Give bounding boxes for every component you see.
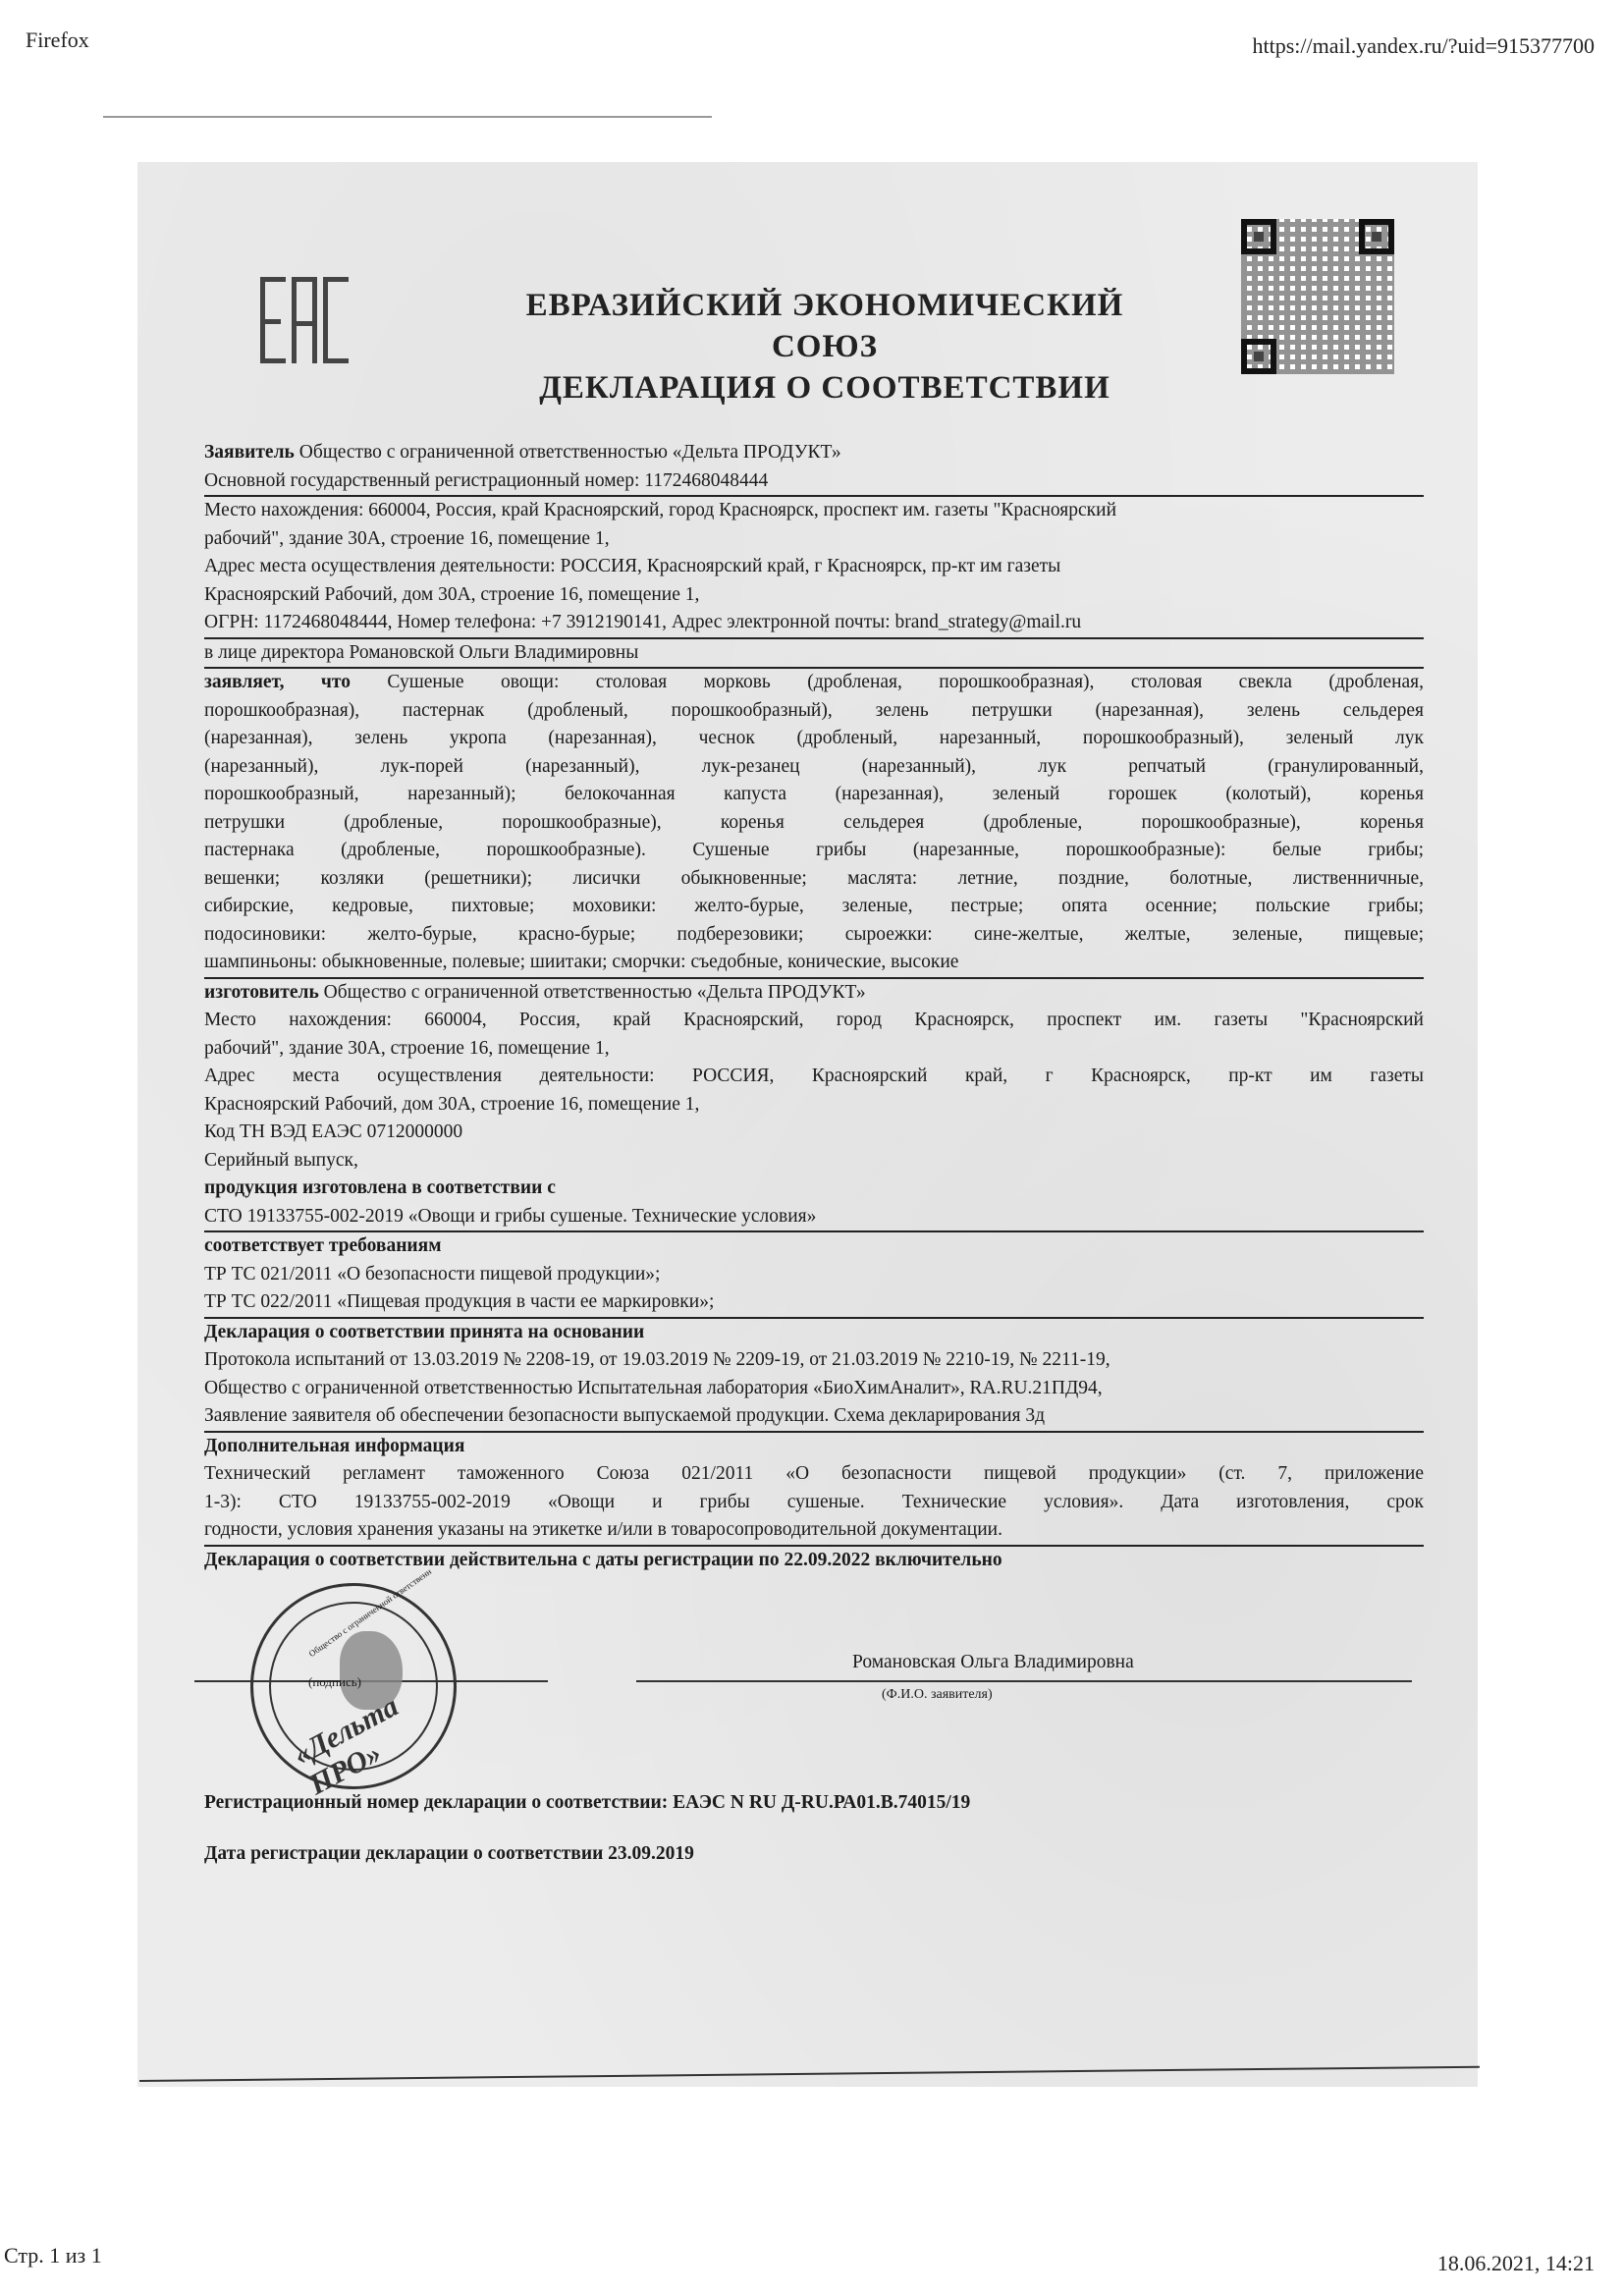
qr-finder-top-right — [1359, 219, 1394, 254]
applicant-ogrn: Основной государственный регистрационный… — [204, 467, 1424, 498]
title-line-1: ЕВРАЗИЙСКИЙ ЭКОНОМИЧЕСКИЙ — [471, 285, 1178, 326]
manufacturer-label: изготовитель — [204, 982, 319, 1003]
signatory-caption: (Ф.И.О. заявителя) — [882, 1687, 993, 1703]
complies-item-1: ТР ТС 021/2011 «О безопасности пищевой п… — [204, 1261, 1424, 1289]
produced-per-label: продукция изготовлена в соответствии с — [204, 1175, 1424, 1203]
declares-line-11: шампиньоны: обыкновенные, полевые; шиита… — [204, 949, 1424, 979]
print-header-browser: Firefox — [26, 27, 89, 53]
declares-line-7: пастернака (дробленые, порошкообразные).… — [204, 837, 1424, 865]
eac-logo — [260, 277, 356, 365]
title-line-2: СОЮЗ — [471, 326, 1178, 367]
manufacturer-activity-1: Адрес места осуществления деятельности: … — [204, 1063, 1424, 1091]
additional-label: Дополнительная информация — [204, 1433, 1424, 1461]
signatory-name: Романовская Ольга Владимировна — [852, 1652, 1134, 1673]
basis-line-3: Заявление заявителя об обеспечении безоп… — [204, 1402, 1424, 1433]
basis-line-1: Протокола испытаний от 13.03.2019 № 2208… — [204, 1346, 1424, 1375]
additional-line-1: Технический регламент таможенного Союза … — [204, 1460, 1424, 1489]
declares-line-2: порошкообразная), пастернак (дробленый, … — [204, 697, 1424, 726]
declaration-body: Заявитель Общество с ограниченной ответс… — [204, 439, 1424, 1574]
additional-line-2: 1-3): СТО 19133755-002-2019 «Овощи и гри… — [204, 1489, 1424, 1517]
additional-line-3: годности, условия хранения указаны на эт… — [204, 1516, 1424, 1547]
company-stamp: Общество с ограниченной ответственностью… — [250, 1583, 457, 1789]
applicant-label: Заявитель — [204, 442, 295, 463]
title-line-3: ДЕКЛАРАЦИЯ О СООТВЕТСТВИИ — [471, 367, 1178, 409]
registration-date: Дата регистрации декларации о соответств… — [204, 1829, 970, 1880]
manufacturer-address-2: рабочий", здание 30А, строение 16, помещ… — [204, 1035, 1424, 1064]
registration-number: Регистрационный номер декларации о соотв… — [204, 1777, 970, 1829]
declares-line-10: подосиновики: желто-бурые, красно-бурые;… — [204, 921, 1424, 950]
qr-finder-bottom-left — [1241, 339, 1276, 374]
applicant-address-1: Место нахождения: 660004, Россия, край К… — [204, 497, 1424, 525]
print-header-url: https://mail.yandex.ru/?uid=915377700 — [1253, 33, 1595, 59]
produced-per-standard: СТО 19133755-002-2019 «Овощи и грибы суш… — [204, 1203, 1424, 1233]
applicant-activity-2: Красноярский Рабочий, дом 30А, строение … — [204, 581, 1424, 610]
tn-ved-code: Код ТН ВЭД ЕАЭС 0712000000 — [204, 1119, 1424, 1147]
manufacturer-line: изготовитель Общество с ограниченной отв… — [204, 979, 1424, 1008]
sign-caption: (подпись) — [308, 1674, 361, 1690]
qr-finder-top-left — [1241, 219, 1276, 254]
declares-line-4: (нарезанный), лук-порей (нарезанный), лу… — [204, 753, 1424, 782]
applicant-name: Общество с ограниченной ответственностью… — [299, 442, 841, 463]
declares-line-9: сибирские, кедровые, пихтовые; моховики:… — [204, 893, 1424, 921]
declares-line-5: порошкообразный, нарезанный); белокочанн… — [204, 781, 1424, 809]
declares-line-1: заявляет, что Сушеные овощи: столовая мо… — [204, 669, 1424, 697]
applicant-activity-1: Адрес места осуществления деятельности: … — [204, 553, 1424, 581]
eac-letter-a — [292, 277, 317, 363]
declares-line-3: (нарезанная), зелень укропа (нарезанная)… — [204, 725, 1424, 753]
eac-letter-c — [323, 277, 349, 363]
qr-code — [1241, 219, 1394, 374]
serial-release: Серийный выпуск, — [204, 1147, 1424, 1175]
applicant-represented-by: в лице директора Романовской Ольги Влади… — [204, 639, 1424, 670]
print-footer-datetime: 18.06.2021, 14:21 — [1437, 2251, 1595, 2276]
declares-line-6: петрушки (дробленые, порошкообразные), к… — [204, 809, 1424, 838]
manufacturer-name: Общество с ограниченной ответственностью… — [324, 982, 866, 1003]
print-footer-page: Стр. 1 из 1 — [4, 2243, 102, 2269]
manufacturer-activity-2: Красноярский Рабочий, дом 30А, строение … — [204, 1091, 1424, 1120]
basis-label: Декларация о соответствии принята на осн… — [204, 1319, 1424, 1347]
registration-block: Регистрационный номер декларации о соотв… — [204, 1777, 970, 1880]
validity-statement: Декларация о соответствии действительна … — [204, 1547, 1424, 1575]
complies-item-2: ТР ТС 022/2011 «Пищевая продукция в част… — [204, 1288, 1424, 1319]
declares-label: заявляет, что — [204, 672, 351, 692]
applicant-contacts: ОГРН: 1172468048444, Номер телефона: +7 … — [204, 609, 1424, 639]
applicant-address-2: рабочий", здание 30А, строение 16, помещ… — [204, 525, 1424, 554]
declares-line-8: вешенки; козляки (решетники); лисички об… — [204, 865, 1424, 894]
name-line — [636, 1680, 1412, 1682]
basis-line-2: Общество с ограниченной ответственностью… — [204, 1375, 1424, 1403]
document-title: ЕВРАЗИЙСКИЙ ЭКОНОМИЧЕСКИЙ СОЮЗ ДЕКЛАРАЦИ… — [471, 285, 1178, 409]
complies-label: соответствует требованиям — [204, 1232, 1424, 1261]
manufacturer-address-1: Место нахождения: 660004, Россия, край К… — [204, 1007, 1424, 1035]
scan-edge-line — [103, 116, 712, 118]
eac-letter-e — [260, 277, 286, 363]
applicant-line: Заявитель Общество с ограниченной ответс… — [204, 439, 1424, 467]
